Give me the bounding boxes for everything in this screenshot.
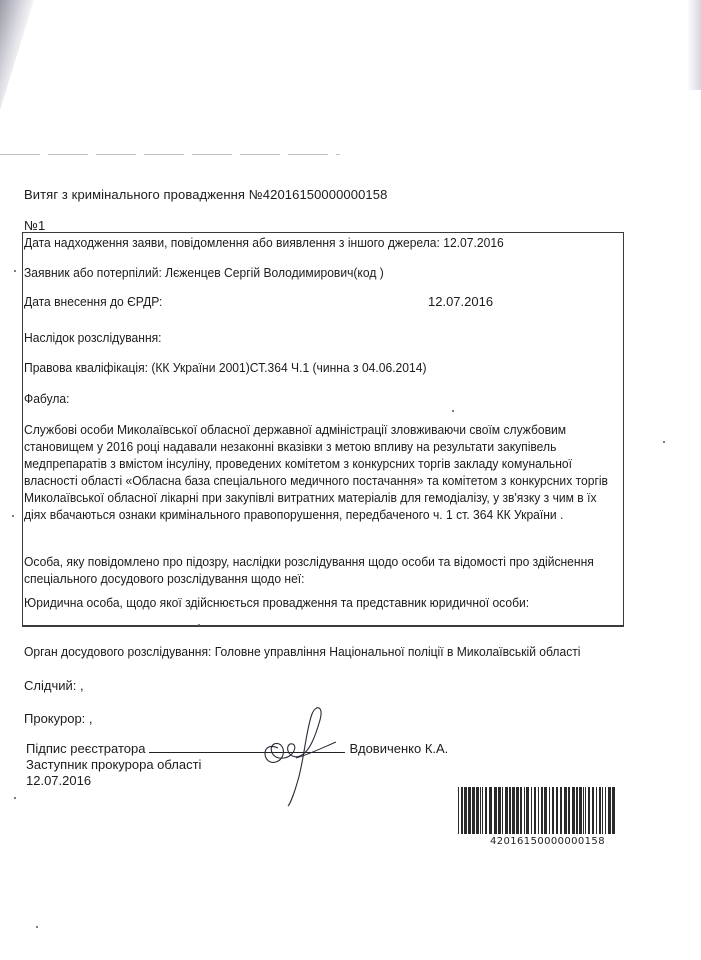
registrar-position: Заступник прокурора області xyxy=(26,757,201,772)
handwritten-signature xyxy=(250,700,350,810)
barcode-bar xyxy=(480,787,481,834)
registrar-name: Вдовиченко К.А. xyxy=(349,741,448,756)
barcode-bar xyxy=(605,787,606,834)
barcode-bar xyxy=(458,787,459,834)
scan-speck xyxy=(14,797,16,799)
barcode-bar xyxy=(572,787,575,834)
fabula-text: Службові особи Миколаївської обласної де… xyxy=(24,421,617,523)
barcode-bar xyxy=(560,787,562,834)
suspect-info: Особа, яку повідомлено про підозру, насл… xyxy=(24,553,617,587)
barcode-bar xyxy=(476,787,479,834)
barcode-bar xyxy=(461,787,463,834)
scan-speck xyxy=(452,410,454,412)
legal-qualification: Правова кваліфікація: (КК України 2001)С… xyxy=(24,360,426,375)
barcode-bar xyxy=(534,787,536,834)
barcode-bar xyxy=(596,787,597,834)
investigation-body: Орган досудового розслідування: Головне … xyxy=(24,644,580,659)
barcode-bar xyxy=(464,787,467,834)
barcode-bar xyxy=(485,787,487,834)
barcode-bar xyxy=(556,787,558,834)
erdr-date: 12.07.2016 xyxy=(428,294,493,309)
scan-speck xyxy=(14,270,16,272)
fabula-label: Фабула: xyxy=(24,391,69,406)
barcode-bar xyxy=(472,787,475,834)
barcode-bar xyxy=(468,787,471,834)
scan-speck xyxy=(36,926,38,928)
barcode-bar xyxy=(538,787,539,834)
applicant: Заявник або потерпілий: Лєженцев Сергій … xyxy=(24,265,384,280)
barcode-bar xyxy=(541,787,543,834)
barcode-bar xyxy=(599,787,601,834)
barcode-bar xyxy=(552,787,554,834)
investigator: Слідчий: , xyxy=(24,678,84,693)
barcode-bar xyxy=(612,787,615,834)
barcode-bar xyxy=(505,787,508,834)
investigation-result: Наслідок розслідування: xyxy=(24,330,162,345)
barcode-number: 42016150000000158 xyxy=(490,836,605,847)
scan-corner-shadow xyxy=(0,0,34,110)
document-title: Витяг з кримінального провадження №42016… xyxy=(24,187,387,202)
erdr-label: Дата внесення до ЄРДР: xyxy=(24,294,162,309)
receipt-date: Дата надходження заяви, повідомлення або… xyxy=(24,235,504,250)
scan-speck xyxy=(663,441,665,443)
barcode-bar xyxy=(498,787,501,834)
legal-entity: Юридична особа, щодо якої здійснюється п… xyxy=(24,595,529,610)
barcode-bar xyxy=(585,787,586,834)
barcode-bar xyxy=(524,787,525,834)
barcode-bar xyxy=(544,787,547,834)
barcode-bar xyxy=(579,787,582,834)
barcode-bar xyxy=(494,787,497,834)
barcode-bar xyxy=(608,787,611,834)
barcode-bar xyxy=(564,787,567,834)
scan-fold-line xyxy=(0,154,340,155)
barcode-bar xyxy=(512,787,515,834)
barcode-bar xyxy=(502,787,503,834)
scan-edge-shadow xyxy=(687,0,701,90)
barcode-bar xyxy=(482,787,483,834)
barcode-bar xyxy=(526,787,529,834)
barcode-bar xyxy=(602,787,603,834)
barcode-bar xyxy=(583,787,584,834)
barcode-bar xyxy=(489,787,492,834)
barcode-bar xyxy=(592,787,594,834)
barcode-bar xyxy=(520,787,522,834)
barcode-bar xyxy=(549,787,550,834)
barcode-bar xyxy=(509,787,511,834)
barcode-bar xyxy=(576,787,578,834)
scan-speck xyxy=(198,624,200,626)
registrar-signature-row: Підпис реєстратораВдовиченко К.А. xyxy=(26,740,448,756)
scan-speck xyxy=(12,515,14,517)
barcode-bar xyxy=(516,787,519,834)
barcode-bar xyxy=(568,787,570,834)
barcode-bar xyxy=(531,787,532,834)
barcode-bar xyxy=(588,787,590,834)
record-number: №1 xyxy=(24,218,45,233)
registrar-date: 12.07.2016 xyxy=(26,773,91,788)
prosecutor: Прокурор: , xyxy=(24,711,93,726)
registrar-signature-label: Підпис реєстратора xyxy=(26,741,145,756)
barcode xyxy=(458,787,618,834)
